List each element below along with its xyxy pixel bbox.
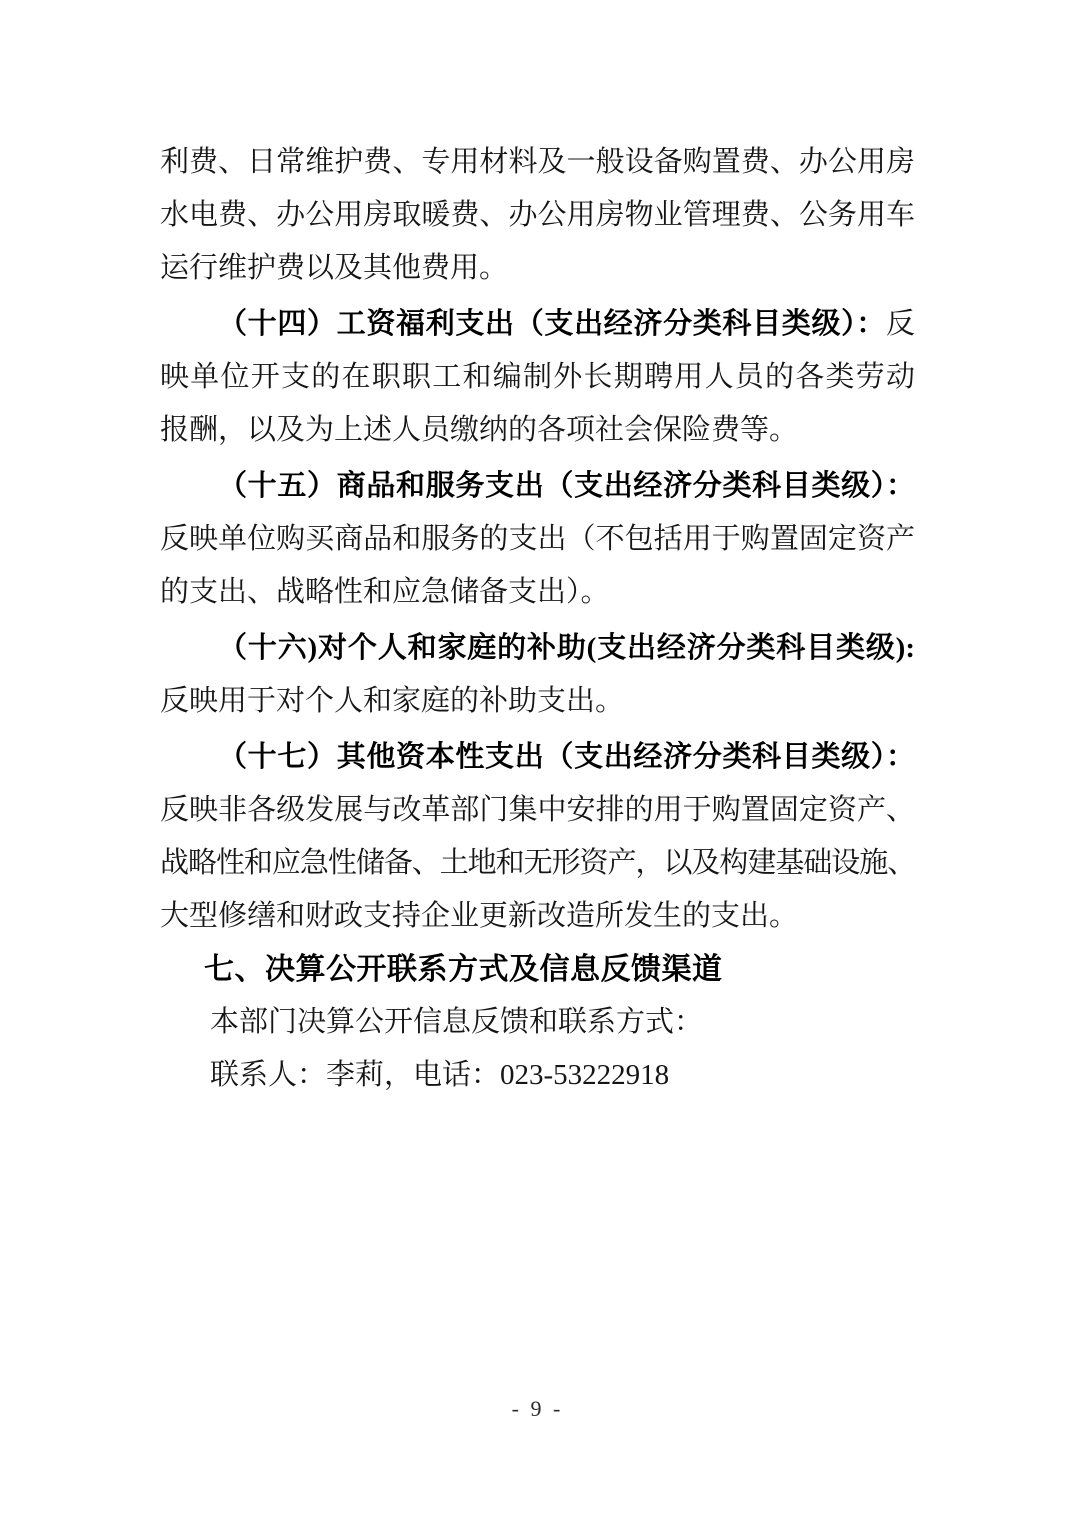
page-number: - 9 - xyxy=(0,1396,1075,1422)
normal-text-run: 战略性和应急性储备、土地和无形资产，以及构建基础设施、 xyxy=(160,847,915,879)
section-heading-line: （十六)对个人和家庭的补助(支出经济分类科目类级): xyxy=(160,622,915,675)
paragraph-line: 利费、日常维护费、专用材料及一般设备购置费、办公用房 xyxy=(160,136,915,189)
normal-text-run: 反映非各级发展与改革部门集中安排的用于购置固定资产、 xyxy=(160,794,915,826)
normal-text-run: 利费、日常维护费、专用材料及一般设备购置费、办公用房 xyxy=(160,146,915,178)
bold-text-run: （十七）其他资本性支出（支出经济分类科目类级）： xyxy=(218,741,915,773)
normal-text-run: 报酬，以及为上述人员缴纳的各项社会保险费等。 xyxy=(160,414,798,446)
contact-intro: 本部门决算公开信息反馈和联系方式： xyxy=(160,996,915,1049)
contact-info: 联系人：李莉，电话：023-53222918 xyxy=(160,1049,915,1102)
normal-text-run: 反映单位购买商品和服务的支出（不包括用于购置固定资产 xyxy=(160,523,915,555)
paragraph-line: 反映单位购买商品和服务的支出（不包括用于购置固定资产 xyxy=(160,513,915,566)
bold-text-run: （十五）商品和服务支出（支出经济分类科目类级）： xyxy=(218,470,915,502)
bold-text-run: （十六)对个人和家庭的补助(支出经济分类科目类级): xyxy=(218,632,915,664)
section-seven-heading: 七、决算公开联系方式及信息反馈渠道 xyxy=(160,943,915,996)
section-heading-line: （十四）工资福利支出（支出经济分类科目类级）：反 xyxy=(160,298,915,351)
section-heading-line: （十七）其他资本性支出（支出经济分类科目类级）： xyxy=(160,731,915,784)
paragraph-line: 的支出、战略性和应急储备支出）。 xyxy=(160,566,915,619)
document-page: 利费、日常维护费、专用材料及一般设备购置费、办公用房 水电费、办公用房取暖费、办… xyxy=(0,0,1075,1520)
paragraph-line: 战略性和应急性储备、土地和无形资产，以及构建基础设施、 xyxy=(160,837,915,890)
body-text: 利费、日常维护费、专用材料及一般设备购置费、办公用房 水电费、办公用房取暖费、办… xyxy=(160,136,915,1102)
normal-text-run: 水电费、办公用房取暖费、办公用房物业管理费、公务用车 xyxy=(160,199,915,231)
paragraph-line: 反映非各级发展与改革部门集中安排的用于购置固定资产、 xyxy=(160,784,915,837)
normal-text-run: 的支出、战略性和应急储备支出）。 xyxy=(160,576,610,608)
paragraph-line: 反映用于对个人和家庭的补助支出。 xyxy=(160,675,915,728)
normal-text-run: 反 xyxy=(886,308,915,340)
normal-text-run: 运行维护费以及其他费用。 xyxy=(160,252,508,284)
normal-text-run: 大型修缮和财政支持企业更新改造所发生的支出。 xyxy=(160,900,798,932)
paragraph-line: 报酬，以及为上述人员缴纳的各项社会保险费等。 xyxy=(160,404,915,457)
paragraph-line: 运行维护费以及其他费用。 xyxy=(160,242,915,295)
normal-text-run: 映单位开支的在职职工和编制外长期聘用人员的各类劳动 xyxy=(160,361,915,393)
paragraph-line: 大型修缮和财政支持企业更新改造所发生的支出。 xyxy=(160,890,915,943)
section-heading-line: （十五）商品和服务支出（支出经济分类科目类级）： xyxy=(160,460,915,513)
paragraph-line: 水电费、办公用房取暖费、办公用房物业管理费、公务用车 xyxy=(160,189,915,242)
normal-text-run: 反映用于对个人和家庭的补助支出。 xyxy=(160,685,624,717)
bold-text-run: （十四）工资福利支出（支出经济分类科目类级）： xyxy=(218,308,886,340)
paragraph-line: 映单位开支的在职职工和编制外长期聘用人员的各类劳动 xyxy=(160,351,915,404)
